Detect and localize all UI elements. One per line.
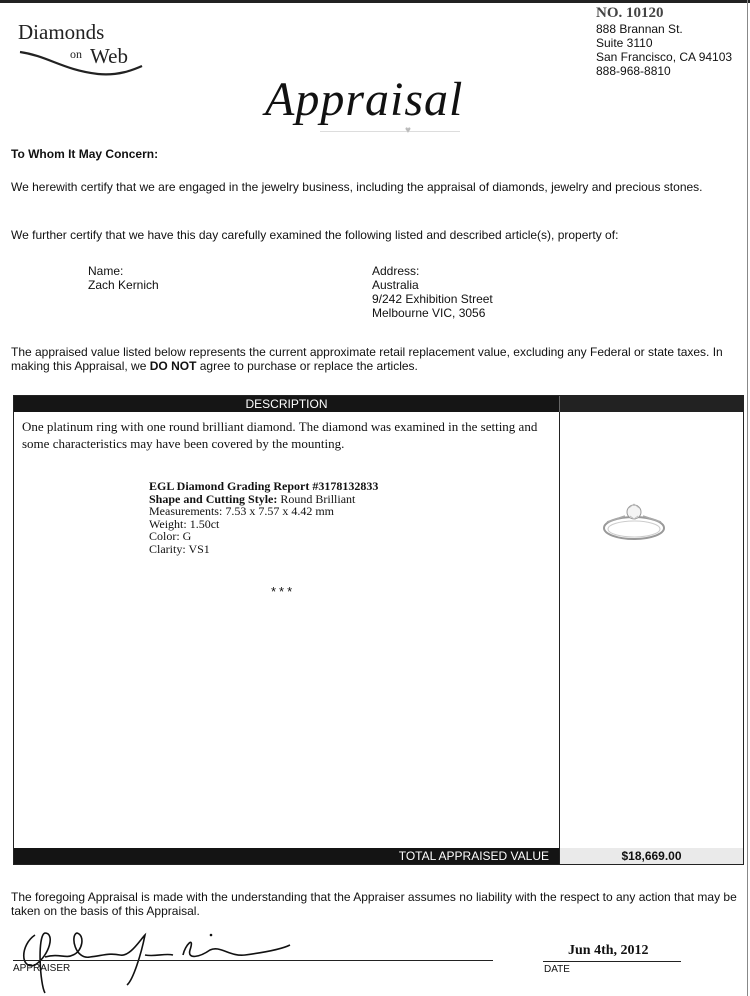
image-column-header: [559, 396, 743, 412]
logo-swoosh-icon: [18, 50, 148, 78]
certify-examined-paragraph: We further certify that we have this day…: [11, 228, 731, 242]
address-line: Melbourne VIC, 3056: [372, 306, 493, 320]
appraiser-signature-line: [13, 960, 493, 961]
page-top-border: [0, 0, 750, 3]
logo-text-web: Web: [90, 44, 128, 69]
owner-address-block: Address: Australia 9/242 Exhibition Stre…: [372, 264, 493, 320]
liability-disclaimer: The foregoing Appraisal is made with the…: [11, 890, 741, 918]
company-logo: Diamonds on Web: [18, 20, 148, 78]
appraisal-date: Jun 4th, 2012: [568, 943, 649, 959]
total-appraised-label: TOTAL APPRAISED VALUE: [14, 848, 559, 864]
company-phone: 888-968-8810: [596, 64, 732, 78]
name-label: Name:: [88, 264, 159, 278]
company-address-line: 888 Brannan St.: [596, 22, 732, 36]
page-title: Appraisal: [265, 72, 463, 127]
color: Color: G: [149, 530, 378, 543]
description-table: DESCRIPTION One platinum ring with one r…: [13, 395, 744, 865]
description-intro: One platinum ring with one round brillia…: [22, 418, 542, 452]
address-line: Australia: [372, 278, 493, 292]
document-number: NO. 10120: [596, 5, 732, 22]
owner-name: Zach Kernich: [88, 278, 159, 292]
appraiser-label: APPRAISER: [13, 963, 70, 974]
description-header: DESCRIPTION: [14, 396, 559, 412]
logo-text-diamonds: Diamonds: [18, 20, 104, 45]
company-address-line: Suite 3110: [596, 36, 732, 50]
value-notice-emphasis: DO NOT: [150, 359, 197, 373]
value-notice-text-end: agree to purchase or replace the article…: [196, 359, 417, 373]
page-right-border: [747, 0, 748, 996]
measurements: Measurements: 7.53 x 7.57 x 4.42 mm: [149, 505, 378, 518]
total-appraised-value: $18,669.00: [559, 848, 743, 864]
certify-business-paragraph: We herewith certify that we are engaged …: [11, 180, 731, 194]
grading-report: EGL Diamond Grading Report #3178132833 S…: [149, 480, 378, 555]
company-info: NO. 10120 888 Brannan St. Suite 3110 San…: [596, 5, 732, 78]
value-notice-paragraph: The appraised value listed below represe…: [11, 345, 741, 373]
address-label: Address:: [372, 264, 493, 278]
logo-text-on: on: [70, 47, 82, 62]
column-divider: [559, 412, 560, 848]
address-line: 9/242 Exhibition Street: [372, 292, 493, 306]
date-label: DATE: [544, 964, 570, 975]
clarity: Clarity: VS1: [149, 543, 378, 556]
owner-name-block: Name: Zach Kernich: [88, 264, 159, 292]
heart-icon: ♥: [405, 125, 411, 136]
title-divider: [320, 131, 460, 132]
ring-image-icon: [599, 496, 669, 546]
greeting: To Whom It May Concern:: [11, 147, 158, 161]
company-address-line: San Francisco, CA 94103: [596, 50, 732, 64]
section-separator: ***: [271, 584, 295, 599]
date-line: [543, 961, 681, 962]
